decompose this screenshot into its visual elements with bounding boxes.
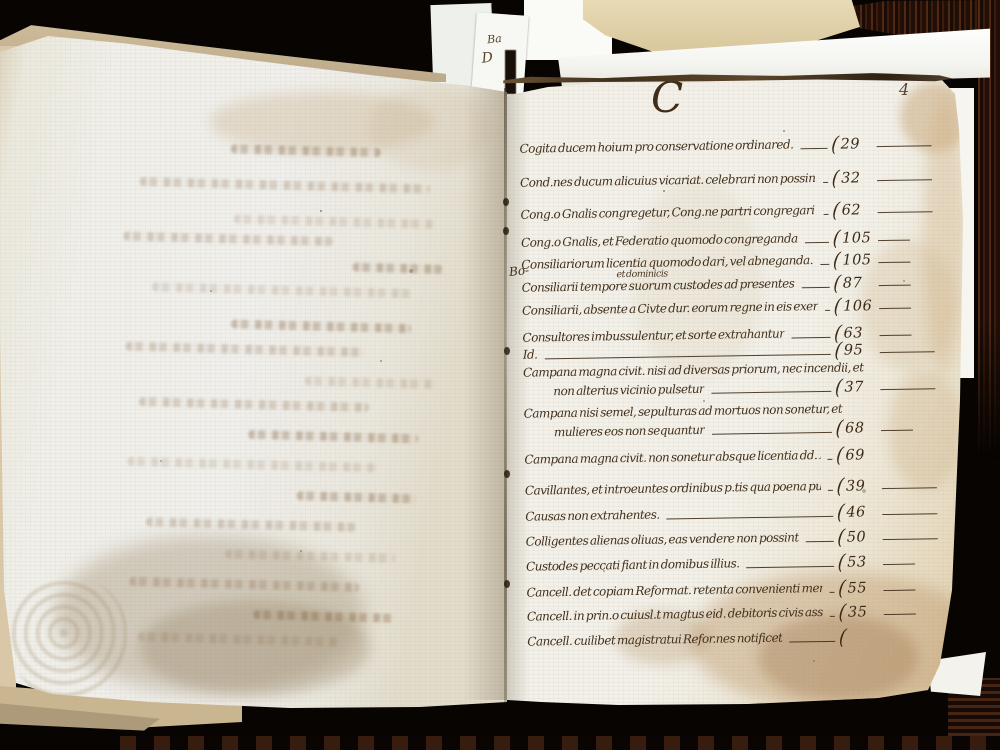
entry-text: Consiliarii, absente a Civte dur. eorum …: [522, 298, 818, 320]
index-entry-row: Custodes peccati fiant in domibus illius…: [526, 552, 958, 576]
entry-page-number: 39: [846, 478, 876, 494]
leader-line: [712, 432, 832, 435]
page-number-column: (46: [837, 503, 957, 521]
leader-line: [789, 641, 835, 643]
bleedthrough-line: [297, 491, 417, 503]
bracket-mark: (: [836, 504, 844, 523]
bleedthrough-line: [127, 457, 377, 473]
right-page: C 4 Bo- Cogita ducem hoium pro conservat…: [503, 70, 973, 715]
entry-line: Cond.nes ducum alicuius vicariat. celebr…: [520, 168, 952, 192]
entry-page-number: 50: [847, 529, 877, 545]
trailing-rule: [877, 145, 932, 147]
entry-line: Cancell. in prin.o cuiusl.t magtus eid. …: [527, 602, 959, 626]
bleedthrough-line: [138, 632, 338, 646]
leader-line: [827, 459, 832, 460]
trailing-rule: [878, 262, 910, 264]
entry-page-number: 105: [842, 230, 872, 246]
leader-line: [828, 490, 833, 491]
index-entry-row: Cong.o Gnalis congregetur, Cong.ne partr…: [520, 200, 952, 224]
index-entry-row: Campana nisi semel, sepulturas ad mortuo…: [524, 399, 957, 442]
entry-text: Campana magna civit. nisi ad diversas pr…: [523, 360, 864, 379]
bracket-mark: (: [834, 342, 842, 361]
page-number-column: (55: [838, 579, 958, 597]
trailing-rule: [884, 590, 916, 592]
interlinear-note: et dominicis: [616, 265, 667, 283]
bracket-mark: (: [831, 170, 839, 189]
trailing-rule: [884, 614, 916, 616]
leader-line: [667, 516, 834, 520]
page-number-column: (32: [832, 169, 952, 187]
manuscript-photo: Ba D C 4 Bo- Cogita ducem hoium: [0, 0, 1000, 750]
tab-letter-ba: Ba: [487, 33, 503, 45]
leader-line: [800, 148, 827, 149]
bracket-mark: (: [830, 136, 838, 155]
entry-page-number: 63: [843, 325, 873, 341]
page-number-column: (50: [838, 528, 958, 546]
page-number-column: (35: [839, 603, 959, 621]
page-number-column: (37: [835, 378, 955, 396]
bracket-mark: (: [838, 629, 846, 648]
page-number-column: (29: [831, 135, 951, 153]
bleedthrough-line: [225, 549, 395, 562]
bleedthrough-line: [146, 517, 356, 531]
entry-page-number: 55: [847, 580, 877, 596]
entry-page-number: 95: [844, 342, 874, 358]
entry-page-number: 37: [844, 379, 874, 395]
entry-page-number: 53: [847, 554, 877, 570]
entry-text: Cong.o Gnalis, et Federatio quomodo cong…: [521, 230, 798, 251]
bleedthrough-line: [129, 577, 359, 592]
entry-page-number: 68: [845, 420, 875, 436]
paper-slip-tabs: Ba D: [471, 12, 529, 97]
index-entry-row: Cond.nes ducum alicuius vicariat. celebr…: [520, 168, 952, 192]
bleedthrough-line: [248, 430, 418, 443]
entry-text: Custodes peccati fiant in domibus illius…: [526, 555, 740, 575]
left-page: [0, 30, 507, 710]
page-number-column: (63: [834, 324, 954, 342]
entry-page-number: 29: [840, 136, 870, 152]
entry-line: Cong.o Gnalis, et Federatio quomodo cong…: [521, 228, 953, 252]
page-number-column: (39: [837, 477, 957, 495]
bracket-mark: (: [832, 252, 840, 271]
trailing-rule: [878, 211, 933, 213]
bleedthrough-line: [231, 144, 381, 157]
entry-page-number: 46: [846, 504, 876, 520]
index-entry-row: Cavillantes, et introeuntes ordinibus p.…: [525, 476, 957, 500]
trailing-rule: [882, 513, 937, 515]
page-number-column: (62: [832, 201, 952, 219]
page-number-column: (53: [838, 553, 958, 571]
trailing-rule: [879, 285, 911, 287]
entry-line: Cogita ducem hoium pro conservatione ord…: [519, 134, 951, 158]
binding-stitch: [503, 198, 509, 206]
leader-line: [824, 214, 829, 215]
bleedthrough-line: [125, 342, 365, 357]
leader-line: [747, 566, 835, 568]
entry-page-number: 69: [845, 447, 875, 463]
binding-stitch: [503, 227, 509, 235]
page-number-column: (95: [835, 341, 955, 359]
entry-text: Campana magna civit. non sonetur absque …: [524, 447, 820, 469]
bleedthrough-line: [152, 282, 412, 298]
entry-page-number: 35: [848, 604, 878, 620]
bracket-mark: (: [833, 298, 841, 317]
entry-page-number: 106: [843, 298, 873, 314]
bleedthrough-line: [123, 232, 333, 246]
bracket-mark: (: [837, 580, 845, 599]
index-entry-row: Consiliarii, absente a Civte dur. eorum …: [522, 296, 954, 320]
binding-stitch: [504, 470, 510, 478]
entry-line: Cong.o Gnalis congregetur, Cong.ne partr…: [520, 200, 952, 224]
leader-line: [823, 182, 828, 183]
index-entry-row: Consiliariorum licentia quomodo dari, ve…: [521, 250, 953, 274]
page-number-column: (: [839, 629, 959, 646]
trailing-rule: [883, 564, 915, 566]
trailing-rule: [879, 308, 911, 310]
ink-specks: [320, 210, 322, 212]
index-entry-row: Colligentes alienas oliuas, eas vendere …: [526, 527, 958, 551]
entry-text-line2: mulieres eos non sequantur: [554, 422, 705, 441]
leader-line: [830, 592, 835, 593]
trailing-rule: [877, 179, 932, 181]
page-number-column: (106: [834, 297, 954, 315]
bracket-mark: (: [832, 230, 840, 249]
index-entry-row: Cong.o Gnalis, et Federatio quomodo cong…: [521, 228, 953, 252]
index-entry-row: Cancell. in prin.o cuiusl.t magtus eid. …: [527, 602, 959, 626]
bleedthrough-line: [140, 177, 430, 194]
entry-page-number: 32: [841, 170, 871, 186]
entry-text-line2: non alterius vicinio pulsetur: [553, 381, 704, 400]
entry-line: Campana magna civit. non sonetur absque …: [524, 445, 956, 469]
entry-text: Cavillantes, et introeuntes ordinibus p.…: [525, 478, 821, 500]
entry-text: Colligentes alienas oliuas, eas vendere …: [526, 529, 799, 550]
index-entry-row: Cancell. det copiam Reformat. retenta co…: [526, 578, 958, 602]
bracket-mark: (: [837, 554, 845, 573]
trailing-rule: [883, 538, 938, 540]
entry-line: Cancell. det copiam Reformat. retenta co…: [526, 578, 958, 602]
bleedthrough-line: [234, 214, 434, 228]
bleedthrough-line: [305, 376, 435, 388]
leader-line: [805, 242, 829, 243]
trailing-rule: [878, 240, 910, 242]
entry-page-number: 87: [843, 275, 873, 291]
page-number-column: (105: [833, 229, 953, 247]
entry-page-number: 62: [842, 202, 872, 218]
bracket-mark: (: [833, 275, 841, 294]
entry-text: Cond.nes ducum alicuius vicariat. celebr…: [520, 170, 816, 192]
bracket-mark: (: [837, 529, 845, 548]
trailing-rule: [880, 335, 912, 337]
leader-line: [806, 541, 834, 542]
bleedthrough-line: [253, 610, 393, 623]
index-entry-row: Causas non extrahentes.(46: [525, 502, 957, 526]
entry-text: Cancell. cuilibet magistratui Refor.nes …: [527, 630, 782, 651]
index-entry-row: Campana magna civit. non sonetur absque …: [524, 445, 956, 469]
entry-text: Causas non extrahentes.: [525, 507, 659, 526]
entry-line: Cavillantes, et introeuntes ordinibus p.…: [525, 476, 957, 500]
entry-text: Campana nisi semel, sepulturas ad mortuo…: [524, 402, 843, 421]
bracket-mark: (: [835, 420, 843, 439]
bleedthrough-line: [231, 319, 411, 333]
entry-text: Cancell. det copiam Reformat. retenta co…: [526, 580, 822, 602]
leader-line: [801, 287, 829, 288]
entry-line: Custodes peccati fiant in domibus illius…: [526, 552, 958, 576]
entry-line: Consiliarii tempore suorum custodes ad p…: [522, 273, 954, 297]
entry-line: Cancell. cuilibet magistratui Refor.nes …: [527, 627, 959, 651]
entry-line: Consiliariorum licentia quomodo dari, ve…: [521, 250, 953, 274]
entry-line: Causas non extrahentes.(46: [525, 502, 957, 526]
page-number-column: (87: [834, 274, 954, 292]
entry-line: Colligentes alienas oliuas, eas vendere …: [526, 527, 958, 551]
index-entries: Cogita ducem hoium pro conservatione ord…: [498, 63, 978, 715]
tab-letter-d: D: [481, 53, 493, 65]
leader-line: [711, 391, 831, 394]
entry-page-number: 105: [842, 252, 872, 268]
bracket-mark: (: [838, 604, 846, 623]
trailing-rule: [882, 487, 937, 489]
bleedthrough-line: [139, 397, 369, 412]
ink-bleedthrough: [0, 23, 516, 716]
bracket-mark: (: [834, 379, 842, 398]
page-number-column: (105: [833, 251, 953, 269]
bracket-mark: (: [836, 478, 844, 497]
index-entry-row: Consiliarii tempore suorum custodes ad p…: [522, 273, 954, 297]
leader-line: [791, 337, 830, 339]
entry-text: Cong.o Gnalis congregetur, Cong.ne partr…: [520, 202, 816, 224]
index-entry-row: Cogita ducem hoium pro conservatione ord…: [519, 134, 951, 158]
bleedthrough-line: [353, 263, 443, 274]
page-number-column: (69: [836, 446, 956, 464]
entry-line: Consiliarii, absente a Civte dur. eorum …: [522, 296, 954, 320]
entry-text: Cancell. in prin.o cuiusl.t magtus eid. …: [527, 604, 823, 626]
trailing-rule: [880, 388, 935, 390]
wood-table-bottom-strip: [120, 736, 1000, 750]
index-entry-row: Cancell. cuilibet magistratui Refor.nes …: [527, 627, 959, 651]
trailing-rule: [881, 430, 913, 432]
trailing-rule: [880, 351, 935, 353]
leader-line: [825, 310, 830, 311]
leader-line: [820, 264, 829, 265]
bracket-mark: (: [831, 202, 839, 221]
bracket-mark: (: [835, 447, 843, 466]
entry-text: Cogita ducem hoium pro conservatione ord…: [519, 136, 793, 157]
page-number-column: (68: [836, 419, 956, 437]
binding-stitch: [504, 580, 510, 588]
spine-gutter: [504, 88, 507, 703]
index-entry-row: Campana magna civit. nisi ad diversas pr…: [523, 358, 956, 401]
leader-line: [544, 354, 830, 359]
ink-specks: [663, 190, 665, 192]
binding-stitch: [504, 347, 510, 355]
leader-line: [830, 616, 835, 617]
entry-text: Id.: [523, 346, 538, 363]
